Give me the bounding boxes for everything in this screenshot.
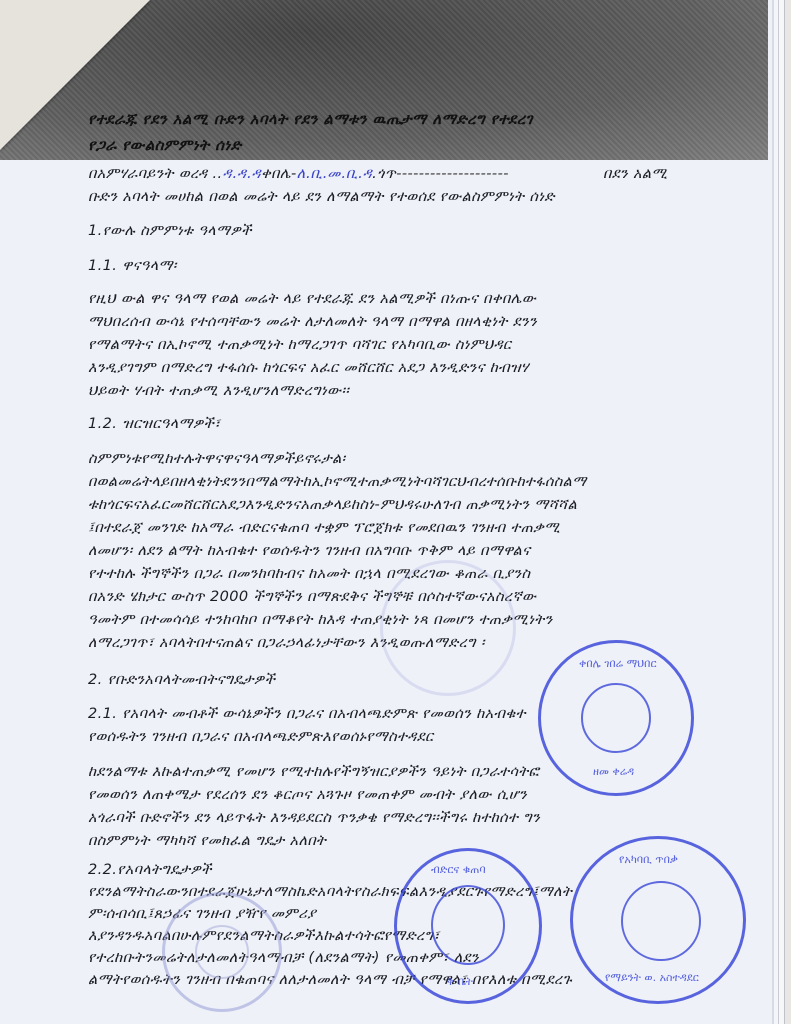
stamp-emblem-ring — [581, 683, 651, 753]
official-stamp-environment-office: የአካባቢ ጥበቃ የማይንት ወ. አስተዳደር — [570, 836, 746, 1004]
faint-stamp-impression — [162, 892, 282, 1012]
handwritten-kebele: ዳ.ዳ.ዳ — [223, 166, 261, 182]
stamp-emblem-ring — [621, 881, 701, 961]
official-stamp-kebele: ቀበሌ ገበሬ ማህበር ዘመ ቀሬዳ — [538, 640, 694, 796]
section-2-1-body-line: አጎራባች ቡድኖችን ደን ላይጥፋት እንዳይደርስ ጥንቃቄ የማድረግ፡… — [88, 810, 718, 826]
fill-in-dashes: -------------------- — [396, 166, 509, 182]
section-1-2-heading: 1.2. ዝርዝርዓላማዎች፣ — [88, 416, 718, 432]
document-page: የተደራጁ የደን አልሚ ቡድን አባላት የደን ልማቱን ዉጤታማ ለማድ… — [0, 0, 772, 1024]
section-1-2-line: ለመሆን፡ ለደን ልማት ከአብቁተ የወሰዱትን ገንዘብ በአግባቡ ጥቅ… — [88, 543, 718, 559]
section-1-2-line: ስምምነቱየሚከተሉትዋናዋናዓላማዎችይኖሩታል፡ — [88, 451, 718, 467]
intro-line-2: ቡድን አባላት መሀከል በወል መሬት ላይ ደን ለማልማት የተወሰደ … — [88, 189, 718, 205]
section-1-1-line: የዚህ ውል ዋና ዓላማ የወል መሬት ላይ የተደራጁ ደን አልሚዎች … — [88, 291, 718, 307]
section-1-1-line: ማህበረሰብ ውሳኔ የተሰጣቸውን መሬት ለታለመለት ዓላማ በማዋል በ… — [88, 314, 718, 330]
stamp-label-bottom: ዘመ ቀሬዳ — [593, 765, 634, 779]
stamp-label-top: ቀበሌ ገበሬ ማህበር — [579, 657, 657, 671]
section-1-2-line: ቱከጎርፍናአፈርመሸርሸርአደጋእንዲድንናአጠቃላይከስነ-ምህዳሩሁለገብ… — [88, 497, 718, 513]
intro-tail: በደን አልሚ — [603, 166, 667, 182]
section-1-1-heading: 1.1. ዋናዓላማ፡ — [88, 258, 718, 274]
section-1-1-line: እንዲያገግም በማድረግ ተፋሰሱ ከጎርፍና አፈር መሸርሸር አደጋ እ… — [88, 360, 718, 376]
section-1-1-line: ህይወት ሃብት ተጠቃሚ እንዲሆንለማድረግነው፡፡ — [88, 383, 718, 399]
section-1-heading: 1.የውሉ ስምምነቱ ዓላማዎች — [88, 223, 718, 239]
stamp-label-bottom: የማይንት ወ. አስተዳደር — [605, 971, 699, 985]
document-title-line-2: የጋራ የውልስምምነት ሰነድ — [88, 136, 718, 154]
stamp-emblem-ring — [431, 885, 505, 965]
intro-suffix: .ጎጥ — [372, 166, 396, 182]
intro-line-1: በአምሃራባይንት ወረዳ ..ዳ.ዳ.ዳቀበሌ-ለ.ቢ.መ.ቢ.ዳ.ጎጥ---… — [88, 166, 718, 182]
document-title-line-1: የተደራጁ የደን አልሚ ቡድን አባላት የደን ልማቱን ዉጤታማ ለማድ… — [88, 110, 718, 128]
section-1-2-line: ፤በተደራጀ መንገድ ከአማራ ብድርናቁጠባ ተቋም ፕሮጀክቱ የመደበዉ… — [88, 520, 718, 536]
handwritten-name: ለ.ቢ.መ.ቢ.ዳ — [297, 166, 373, 182]
faint-stamp-impression — [380, 560, 516, 696]
stamp-label-bottom: ቅ ቤት — [447, 975, 473, 989]
section-1-1-line: የማልማትና በኢኮኖሚ ተጠቃሚነት ከማረጋገጥ ባሻገር የአካባቢው ስ… — [88, 337, 718, 353]
stamp-label-top: ብድርና ቁጠባ — [431, 863, 486, 877]
official-stamp-credit-savings: ብድርና ቁጠባ ቅ ቤት — [394, 848, 542, 1004]
stamp-emblem-ring — [195, 925, 249, 979]
stamp-label-top: የአካባቢ ጥበቃ — [619, 853, 678, 867]
section-1-2-line: በወልመሬትላይበዘላቂነትደንንበማልማትከኢኮኖሚተጠቃሚነትባሻገርህብረ… — [88, 474, 718, 490]
intro-prefix: በአምሃራባይንት ወረዳ .. — [88, 166, 223, 182]
intro-middle: ቀበሌ — [261, 166, 291, 182]
